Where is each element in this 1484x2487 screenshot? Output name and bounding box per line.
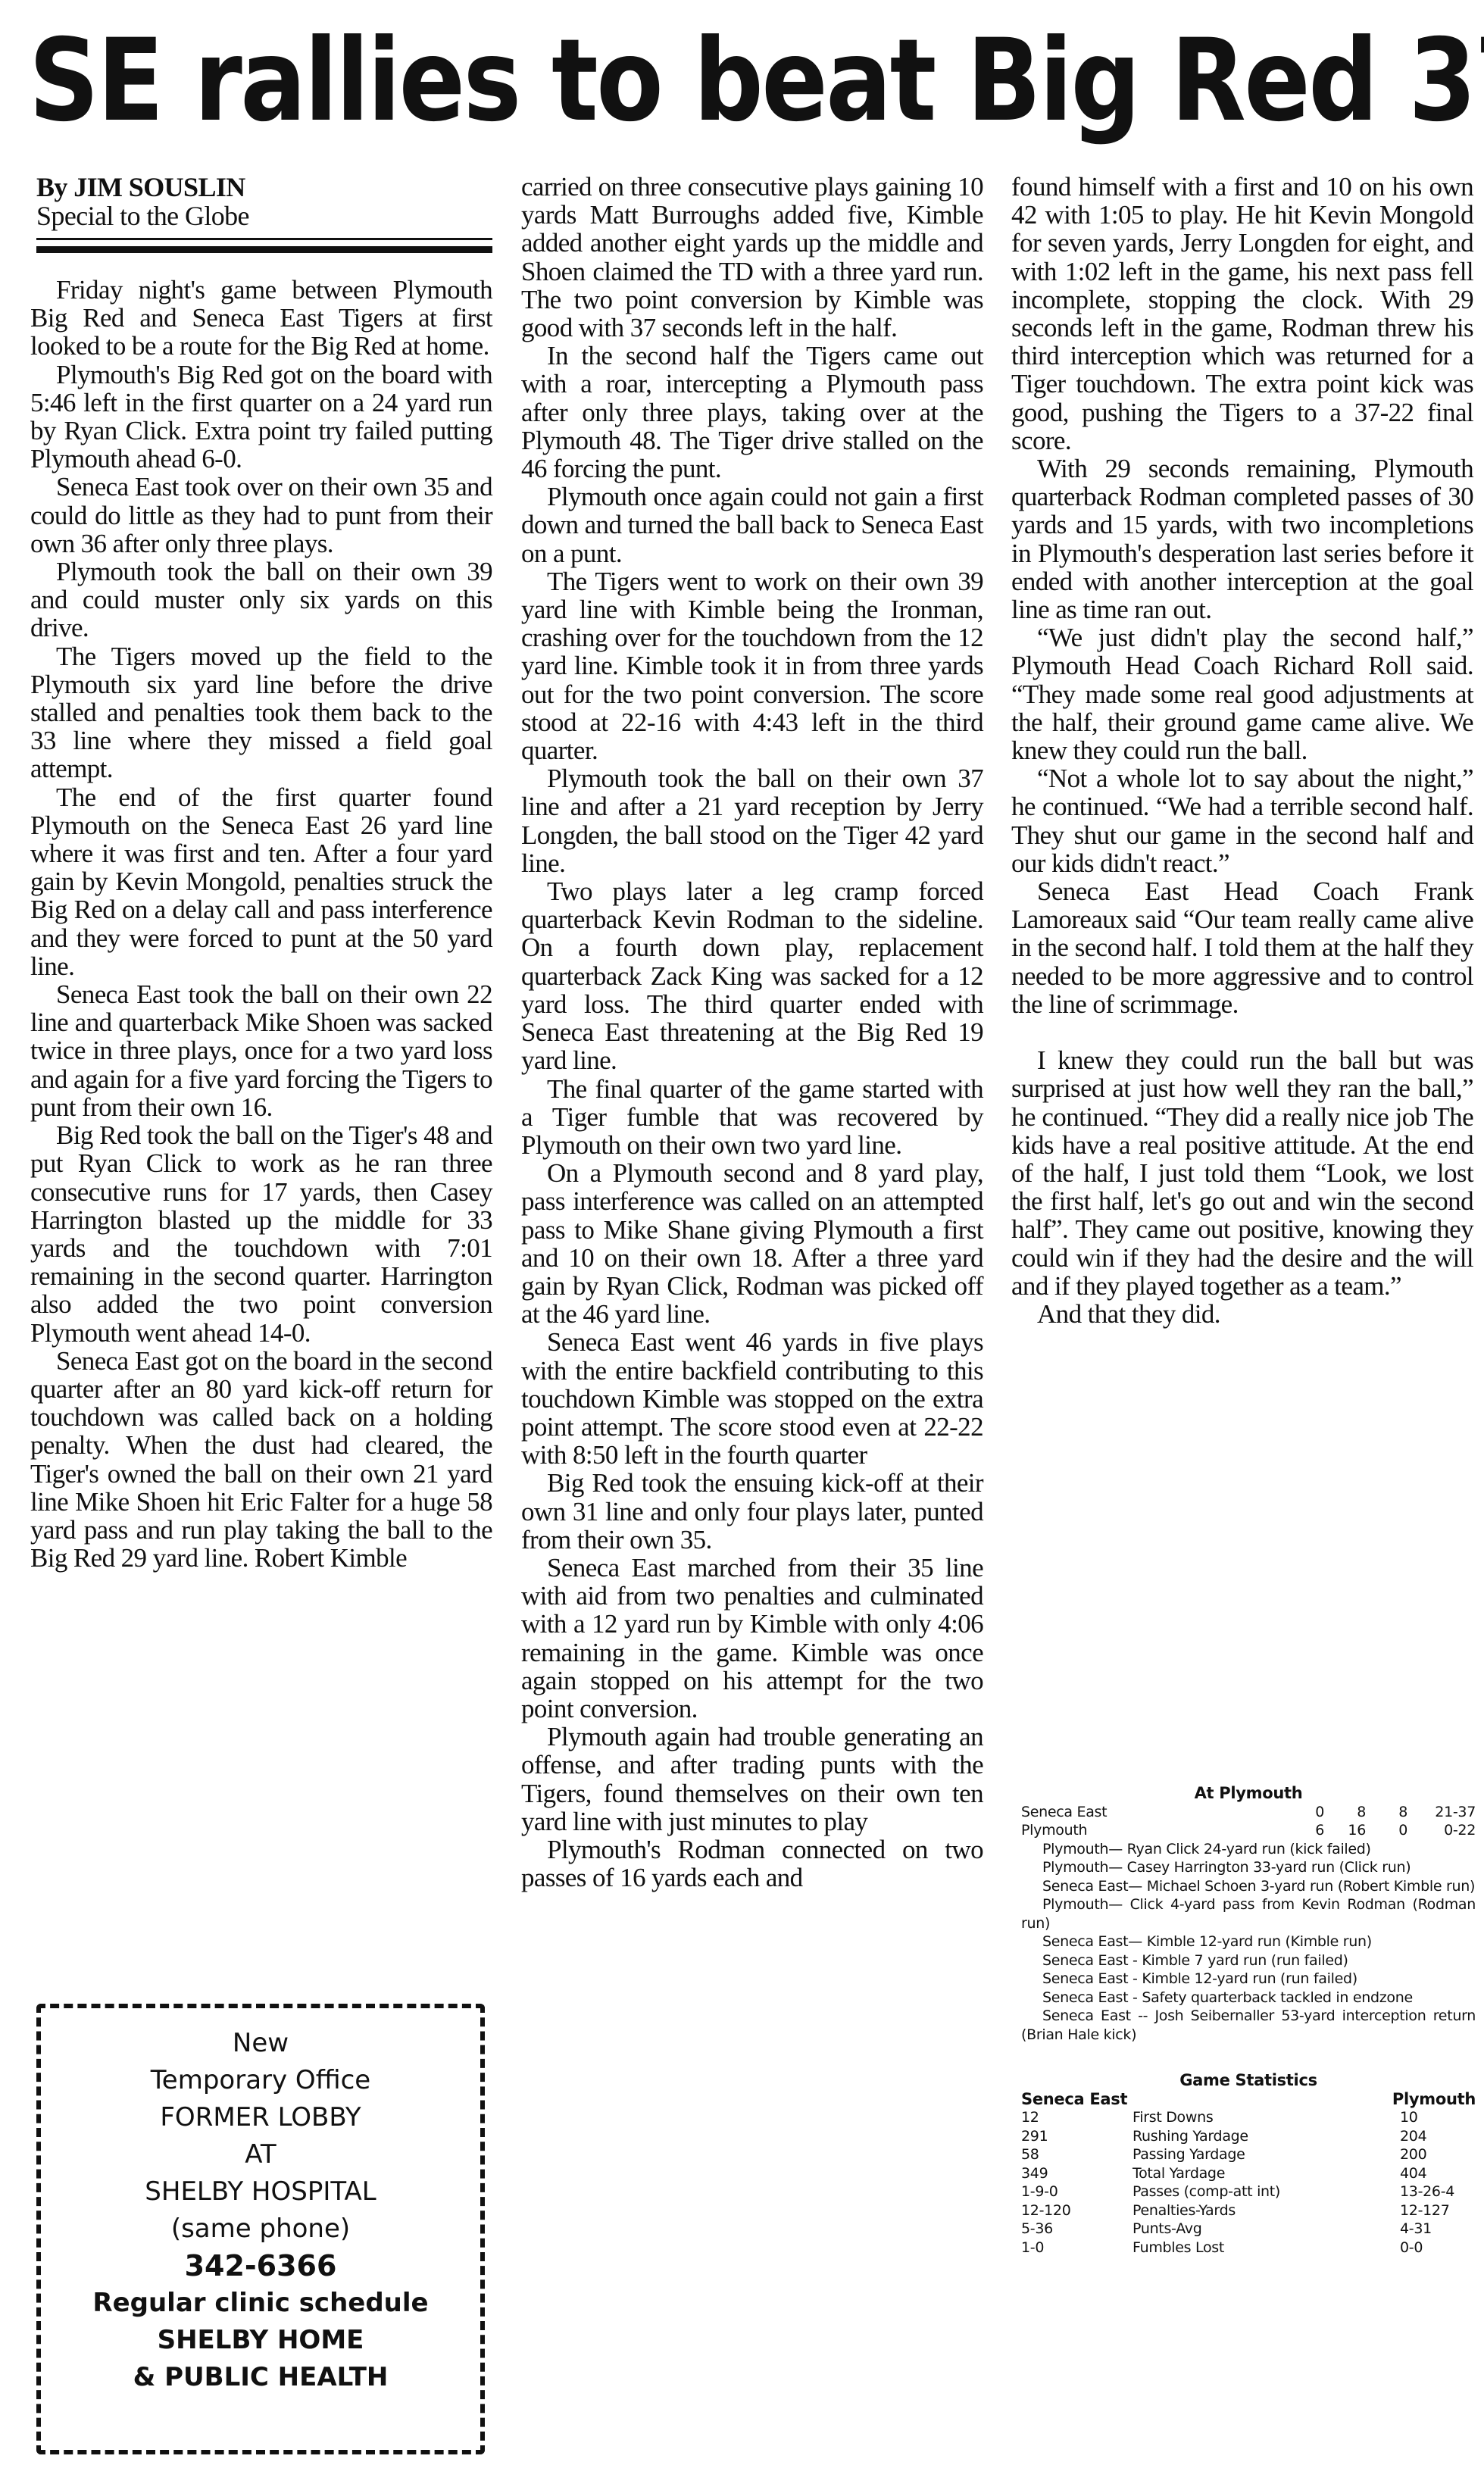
paragraph: The Tigers went to work on their own 39 … bbox=[521, 567, 983, 764]
paragraph: The final quarter of the game started wi… bbox=[521, 1075, 983, 1160]
article-column-3: found himself with a first and 10 on his… bbox=[1011, 173, 1473, 1328]
paragraph: Seneca East got on the board in the seco… bbox=[30, 1347, 492, 1573]
ad-line: New bbox=[41, 2025, 480, 2062]
byline-author: By JIM SOUSLIN bbox=[36, 173, 492, 202]
paragraph: Seneca East Head Coach Frank Lamoreaux s… bbox=[1011, 877, 1473, 1018]
ad-line: SHELBY HOSPITAL bbox=[41, 2173, 480, 2210]
scoring-play: Seneca East - Kimble 7 yard run (run fai… bbox=[1021, 1951, 1476, 1970]
ad-line: SHELBY HOME bbox=[41, 2322, 480, 2359]
paragraph: Plymouth took the ball on their own 37 l… bbox=[521, 764, 983, 877]
scoring-play: Seneca East— Kimble 12-yard run (Kimble … bbox=[1021, 1932, 1476, 1951]
paragraph: Friday night's game between Plymouth Big… bbox=[30, 276, 492, 361]
score-row: Seneca East 0 8 8 21-37 bbox=[1021, 1803, 1476, 1822]
score-row: Plymouth 6 16 0 0-22 bbox=[1021, 1821, 1476, 1840]
scoring-play: Seneca East -- Josh Seibernaller 53-yard… bbox=[1021, 2007, 1476, 2044]
game-stats-title: Game Statistics bbox=[1021, 2071, 1476, 2090]
scoring-play: Seneca East - Kimble 12-yard run (run fa… bbox=[1021, 1970, 1476, 1989]
game-stats-header: Seneca East Plymouth bbox=[1021, 2090, 1476, 2109]
stat-row: 12-120Penalties-Yards12-127 bbox=[1021, 2201, 1476, 2220]
paragraph: Seneca East went 46 yards in five plays … bbox=[521, 1328, 983, 1469]
stat-row: 1-9-0Passes (comp-att int)13-26-4 bbox=[1021, 2182, 1476, 2201]
paragraph: Plymouth once again could not gain a fir… bbox=[521, 483, 983, 567]
ad-phone: 342-6366 bbox=[41, 2248, 480, 2285]
paragraph: Seneca East took the ball on their own 2… bbox=[30, 980, 492, 1121]
paragraph: With 29 seconds remaining, Plymouth quar… bbox=[1011, 455, 1473, 623]
paragraph: Plymouth took the ball on their own 39 a… bbox=[30, 558, 492, 642]
box-score-title: At Plymouth bbox=[1021, 1784, 1476, 1803]
stat-row: 12First Downs10 bbox=[1021, 2108, 1476, 2127]
paragraph: carried on three consecutive plays gaini… bbox=[521, 173, 983, 342]
paragraph: The Tigers moved up the field to the Ply… bbox=[30, 642, 492, 783]
byline-credit: Special to the Globe bbox=[36, 202, 492, 230]
stat-row: 291Rushing Yardage204 bbox=[1021, 2127, 1476, 2146]
scoring-play: Seneca East - Safety quarterback tackled… bbox=[1021, 1989, 1476, 2007]
scoring-play: Plymouth— Ryan Click 24-yard run (kick f… bbox=[1021, 1840, 1476, 1859]
paragraph: Plymouth's Big Red got on the board with… bbox=[30, 361, 492, 473]
scoring-play: Plymouth— Click 4-yard pass from Kevin R… bbox=[1021, 1895, 1476, 1932]
paragraph: Plymouth again had trouble generating an… bbox=[521, 1723, 983, 1836]
paragraph: I knew they could run the ball but was s… bbox=[1011, 1046, 1473, 1300]
paragraph: Seneca East took over on their own 35 an… bbox=[30, 473, 492, 558]
paragraph: On a Plymouth second and 8 yard play, pa… bbox=[521, 1159, 983, 1328]
ad-line: Regular clinic schedule bbox=[41, 2285, 480, 2322]
scoring-play: Plymouth— Casey Harrington 33-yard run (… bbox=[1021, 1858, 1476, 1877]
box-score: At Plymouth Seneca East 0 8 8 21-37 Plym… bbox=[1021, 1784, 1476, 2257]
article-column-1: By JIM SOUSLIN Special to the Globe Frid… bbox=[30, 173, 492, 1572]
ad-line: Temporary Office bbox=[41, 2062, 480, 2099]
paragraph: Two plays later a leg cramp forced quart… bbox=[521, 877, 983, 1074]
paragraph: found himself with a first and 10 on his… bbox=[1011, 173, 1473, 455]
stat-row: 58Passing Yardage200 bbox=[1021, 2145, 1476, 2164]
article-column-2: carried on three consecutive plays gaini… bbox=[521, 173, 983, 1892]
paragraph: “Not a whole lot to say about the night,… bbox=[1011, 764, 1473, 877]
stat-row: 1-0Fumbles Lost0-0 bbox=[1021, 2239, 1476, 2257]
byline-rule bbox=[36, 238, 492, 253]
paragraph: And that they did. bbox=[1011, 1300, 1473, 1328]
paragraph: Plymouth's Rodman connected on two passe… bbox=[521, 1836, 983, 1892]
paragraph: In the second half the Tigers came out w… bbox=[521, 342, 983, 483]
ad-line: (same phone) bbox=[41, 2210, 480, 2248]
paragraph: Big Red took the ball on the Tiger's 48 … bbox=[30, 1121, 492, 1347]
ad-line: & PUBLIC HEALTH bbox=[41, 2359, 480, 2396]
ad-line: AT bbox=[41, 2136, 480, 2173]
stat-row: 5-36Punts-Avg4-31 bbox=[1021, 2220, 1476, 2239]
advertisement-box: New Temporary Office FORMER LOBBY AT SHE… bbox=[36, 2004, 485, 2454]
paragraph: “We just didn't play the second half,” P… bbox=[1011, 623, 1473, 764]
stat-row: 349Total Yardage404 bbox=[1021, 2164, 1476, 2183]
paragraph: The end of the first quarter found Plymo… bbox=[30, 783, 492, 980]
headline: SE rallies to beat Big Red 37-22 bbox=[29, 17, 1267, 145]
scoring-play: Seneca East— Michael Schoen 3-yard run (… bbox=[1021, 1877, 1476, 1896]
paragraph: Seneca East marched from their 35 line w… bbox=[521, 1554, 983, 1723]
ad-line: FORMER LOBBY bbox=[41, 2099, 480, 2136]
paragraph: Big Red took the ensuing kick-off at the… bbox=[521, 1469, 983, 1554]
